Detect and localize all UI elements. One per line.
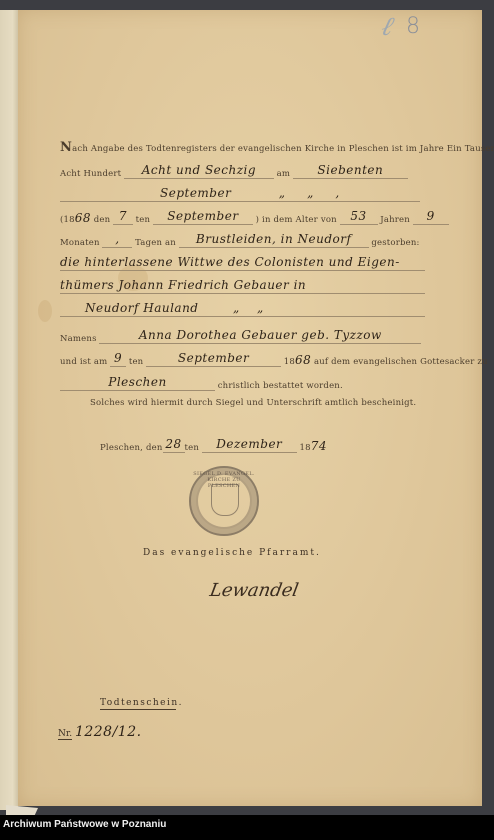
field-cause-place: Brustleiden, in Neudorf [179,231,369,248]
ditto-mark: „ [307,186,314,200]
cert-line-9: Namens Anna Dorothea Gebauer geb. Tyzzow [60,327,430,347]
label-bestattet: christlich bestattet worden. [218,381,343,391]
field-issue-day: 28 [163,436,185,453]
archive-name: Archiwum Państwowe w Poznaniu [3,819,166,830]
field-age-years: 53 [340,208,378,225]
field-deceased-name: Anna Dorothea Gebauer geb. Tyzzow [99,327,421,344]
cert-line-3: September „ „ , [60,185,430,205]
field-age-months: 9 [413,208,449,225]
signature: Lewandel [208,580,300,601]
dropcap: N [60,140,72,155]
label-den: den [94,215,111,225]
church-seal: SIEGEL D. EVANGEL. KIRCHE ZU PLESCHEN [189,466,259,536]
number-prefix: Nr. [58,729,72,740]
field-issue-year: 74 [311,439,327,453]
field-description-1: die hinterlassene Wittwe des Colonisten … [60,254,425,271]
binding-strip [0,10,18,810]
folio-number: 8 [406,14,420,39]
field-burial-month: September [146,350,281,367]
label-ten: ten [129,357,144,367]
label-place-date: Pleschen, den [100,443,163,453]
label-century: 18 [299,443,310,453]
label-jahren: Jahren [380,215,410,225]
number-value: 1228/12. [75,724,142,740]
label-monaten: Monaten [60,238,100,248]
stain [38,300,52,322]
cert-line-1: Nach Angabe des Todtenregisters der evan… [60,140,430,160]
document-number: Nr. 1228/12. [58,724,142,740]
label-ten: ten [136,215,151,225]
cert-line-7: thümers Johann Friedrich Gebauer in [60,277,430,297]
label-open: (18 [60,215,75,225]
label-gottesacker: auf dem evangelischen Gottesacker zu [314,357,488,367]
field-issue-month: Dezember [202,436,297,453]
label-burial: und ist am [60,357,107,367]
ditto-mark: , [335,186,339,200]
field-death-day: 7 [113,208,133,225]
cert-line-6: die hinterlassene Wittwe des Colonisten … [60,254,430,274]
field-death-month: September [153,208,253,225]
office-name: Das evangelische Pfarramt. [143,548,321,558]
field-month: September „ „ , [60,185,420,202]
field-day-words: Siebenten [293,162,408,179]
cert-line-12: Solches wird hiermit durch Siegel und Un… [90,398,460,418]
label-century: 18 [284,357,295,367]
label-gestorben: gestorben: [371,238,419,248]
label-namens: Namens [60,334,97,344]
intro-text: ach Angabe des Todtenregisters der evang… [72,144,494,154]
residence-value: Neudorf Hauland [85,301,198,315]
document-title: Todtenschein. [100,698,176,710]
cert-line-10: und ist am 9 ten September 1868 auf dem … [60,350,430,370]
cert-line-5: Monaten , Tagen an Brustleiden, in Neudo… [60,231,430,251]
label-ten: ten [185,443,200,453]
field-year-digits: 68 [75,211,91,225]
ditto-mark: „ [233,301,240,315]
cert-line-11: Pleschen christlich bestattet worden. [60,374,430,394]
archive-footer: Archiwum Państwowe w Poznaniu [0,815,494,840]
cert-line-4: (1868 den 7 ten September ) in dem Alter… [60,208,430,228]
field-burial-year: 68 [295,353,311,367]
label-age: ) in dem Alter von [256,215,337,225]
ditto-mark: „ [279,186,286,200]
field-description-3: Neudorf Hauland „ „ [60,300,425,317]
field-burial-place: Pleschen [60,374,215,391]
label-tagen: Tagen an [135,238,176,248]
ditto-mark: „ [257,301,264,315]
cert-line-8: Neudorf Hauland „ „ [60,300,430,320]
field-description-2: thümers Johann Friedrich Gebauer in [60,277,425,294]
cert-line-2: Acht Hundert Acht und Sechzig am Siebent… [60,162,430,182]
field-burial-day: 9 [110,350,126,367]
seal-shield-icon [211,484,239,516]
month-value: September [160,186,231,200]
dateline: Pleschen, den28ten Dezember 1874 [100,436,470,456]
attestation-text: Solches wird hiermit durch Siegel und Un… [90,398,416,408]
label-am: am [277,169,291,179]
field-year-words: Acht und Sechzig [124,162,274,179]
field-age-days: , [102,231,132,248]
label-acht-hundert: Acht Hundert [60,169,121,179]
